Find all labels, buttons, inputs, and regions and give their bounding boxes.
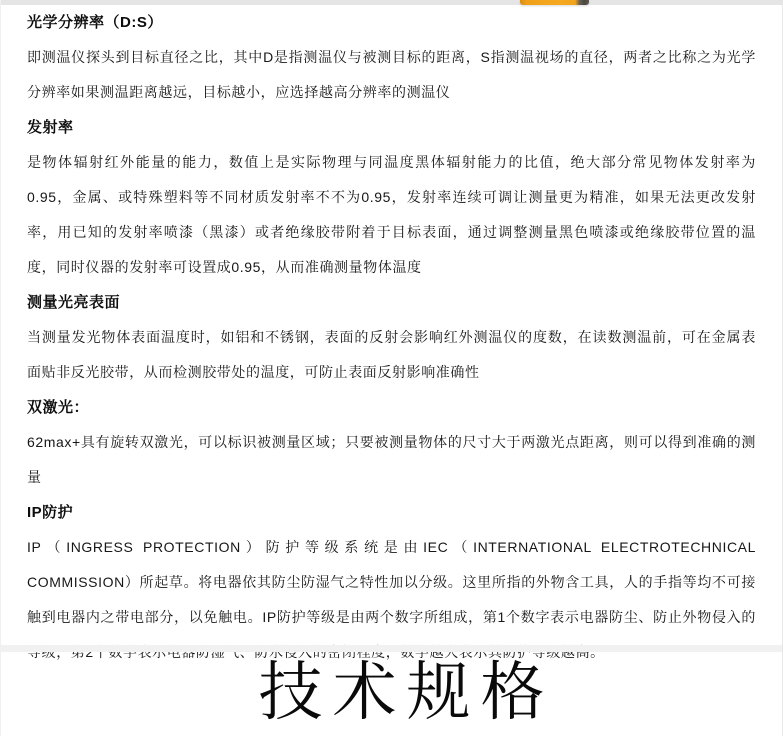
section-body: 当测量发光物体表面温度时，如铝和不锈钢，表面的反射会影响红外测温仪的度数，在读数… (27, 320, 756, 390)
section-emissivity: 发射率 是物体辐射红外能量的能力，数值上是实际物理与同温度黑体辐射能力的比值，绝… (27, 110, 756, 285)
section-body: 62max+具有旋转双激光，可以标识被测量区域；只要被测量物体的尺寸大于两激光点… (27, 425, 756, 495)
section-body: 是物体辐射红外能量的能力，数值上是实际物理与同温度黑体辐射能力的比值，绝大部分常… (27, 145, 756, 285)
section-shiny-surface: 测量光亮表面 当测量发光物体表面温度时，如铝和不锈钢，表面的反射会影响红外测温仪… (27, 285, 756, 390)
section-body: 即测温仪探头到目标直径之比，其中D是指测温仪与被测目标的距离，S指测温视场的直径… (27, 40, 756, 110)
section-heading: 双激光： (27, 390, 756, 425)
tech-specs-banner-title: 技术规格 (1, 652, 782, 734)
section-divider (1, 645, 782, 652)
description-content: 光学分辨率（D:S） 即测温仪探头到目标直径之比，其中D是指测温仪与被测目标的距… (1, 5, 782, 670)
section-ip-rating: IP防护 IP（INGRESS PROTECTION）防护等级系统是由IEC（I… (27, 495, 756, 670)
section-dual-laser: 双激光： 62max+具有旋转双激光，可以标识被测量区域；只要被测量物体的尺寸大… (27, 390, 756, 495)
section-optical-resolution: 光学分辨率（D:S） 即测温仪探头到目标直径之比，其中D是指测温仪与被测目标的距… (27, 5, 756, 110)
section-heading: IP防护 (27, 495, 756, 530)
section-heading: 发射率 (27, 110, 756, 145)
section-heading: 光学分辨率（D:S） (27, 5, 756, 40)
section-heading: 测量光亮表面 (27, 285, 756, 320)
product-detail-page: 光学分辨率（D:S） 即测温仪探头到目标直径之比，其中D是指测温仪与被测目标的距… (0, 0, 783, 736)
